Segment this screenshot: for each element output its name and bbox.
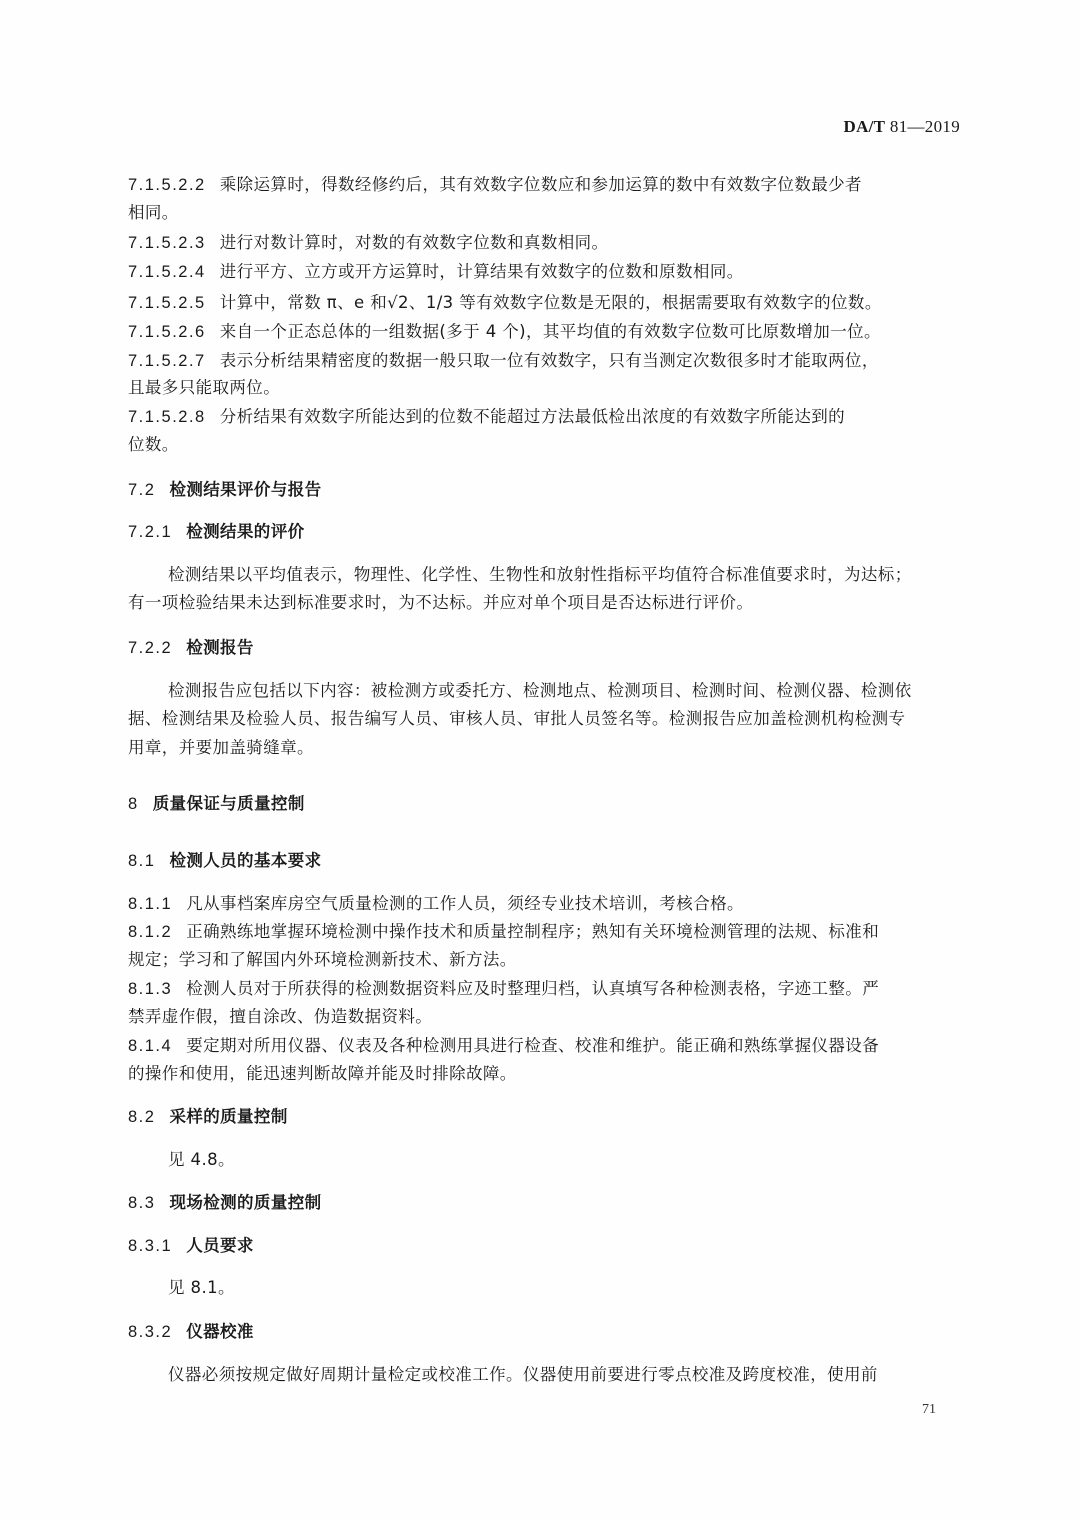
clause-7-1-5-2-4: 7.1.5.2.4进行平方、立方或开方运算时，计算结果有效数字的位数和原数相同。 [128, 261, 744, 283]
section-heading-8-3: 8.3现场检测的质量控制 [128, 1192, 322, 1214]
section-heading-7-2-2: 7.2.2检测报告 [128, 637, 254, 659]
paragraph: 见 8.1。 [168, 1277, 235, 1299]
clause-continuation: 禁弄虚作假，擅自涂改、伪造数据资料。 [128, 1006, 432, 1028]
paragraph: 检测结果以平均值表示，物理性、化学性、生物性和放射性指标平均值符合标准值要求时，… [168, 564, 912, 586]
paragraph-continuation: 据、检测结果及检验人员、报告编写人员、审核人员、审批人员签名等。检测报告应加盖检… [128, 708, 905, 730]
clause-continuation: 位数。 [128, 434, 179, 456]
standard-prefix: DA/T [844, 117, 886, 136]
clause-7-1-5-2-7: 7.1.5.2.7表示分析结果精密度的数据一般只取一位有效数字，只有当测定次数很… [128, 350, 879, 372]
paragraph: 仪器必须按规定做好周期计量检定或校准工作。仪器使用前要进行零点校准及跨度校准，使… [168, 1364, 878, 1386]
clause-7-1-5-2-2: 7.1.5.2.2乘除运算时，得数经修约后，其有效数字位数应和参加运算的数中有效… [128, 174, 862, 196]
clause-8-1-3: 8.1.3检测人员对于所获得的检测数据资料应及时整理归档，认真填写各种检测表格，… [128, 978, 879, 1000]
clause-continuation: 的操作和使用，能迅速判断故障并能及时排除故障。 [128, 1063, 517, 1085]
clause-continuation: 规定；学习和了解国内外环境检测新技术、新方法。 [128, 949, 517, 971]
paragraph-continuation: 用章，并要加盖骑缝章。 [128, 737, 314, 759]
page-number: 71 [922, 1402, 936, 1418]
clause-7-1-5-2-3: 7.1.5.2.3进行对数计算时，对数的有效数字位数和真数相同。 [128, 232, 608, 254]
clause-continuation: 且最多只能取两位。 [128, 377, 280, 399]
paragraph-continuation: 有一项检验结果未达到标准要求时，为不达标。并应对单个项目是否达标进行评价。 [128, 592, 753, 614]
standard-code-header: DA/T 81—2019 [844, 117, 961, 137]
standard-number: 81—2019 [890, 117, 960, 136]
chapter-heading-8: 8质量保证与质量控制 [128, 793, 305, 815]
paragraph: 见 4.8。 [168, 1149, 235, 1171]
section-heading-7-2-1: 7.2.1检测结果的评价 [128, 521, 305, 543]
clause-8-1-1: 8.1.1凡从事档案库房空气质量检测的工作人员，须经专业技术培训，考核合格。 [128, 893, 744, 915]
section-heading-8-1: 8.1检测人员的基本要求 [128, 850, 322, 872]
clause-continuation: 相同。 [128, 202, 179, 224]
section-heading-7-2: 7.2检测结果评价与报告 [128, 479, 322, 501]
clause-8-1-2: 8.1.2正确熟练地掌握环境检测中操作技术和质量控制程序；熟知有关环境检测管理的… [128, 921, 879, 943]
section-heading-8-3-2: 8.3.2仪器校准 [128, 1321, 254, 1343]
clause-7-1-5-2-6: 7.1.5.2.6来自一个正态总体的一组数据(多于 4 个)，其平均值的有效数字… [128, 321, 881, 343]
clause-7-1-5-2-5: 7.1.5.2.5计算中，常数 π、e 和√2、1/3 等有效数字位数是无限的，… [128, 292, 882, 314]
section-heading-8-3-1: 8.3.1人员要求 [128, 1235, 254, 1257]
section-heading-8-2: 8.2采样的质量控制 [128, 1106, 288, 1128]
paragraph: 检测报告应包括以下内容：被检测方或委托方、检测地点、检测项目、检测时间、检测仪器… [168, 680, 912, 702]
clause-8-1-4: 8.1.4要定期对所用仪器、仪表及各种检测用具进行检查、校准和维护。能正确和熟练… [128, 1035, 879, 1057]
document-page: DA/T 81—2019 7.1.5.2.2乘除运算时，得数经修约后，其有效数字… [0, 0, 1080, 1520]
clause-7-1-5-2-8: 7.1.5.2.8分析结果有效数字所能达到的位数不能超过方法最低检出浓度的有效数… [128, 406, 845, 428]
